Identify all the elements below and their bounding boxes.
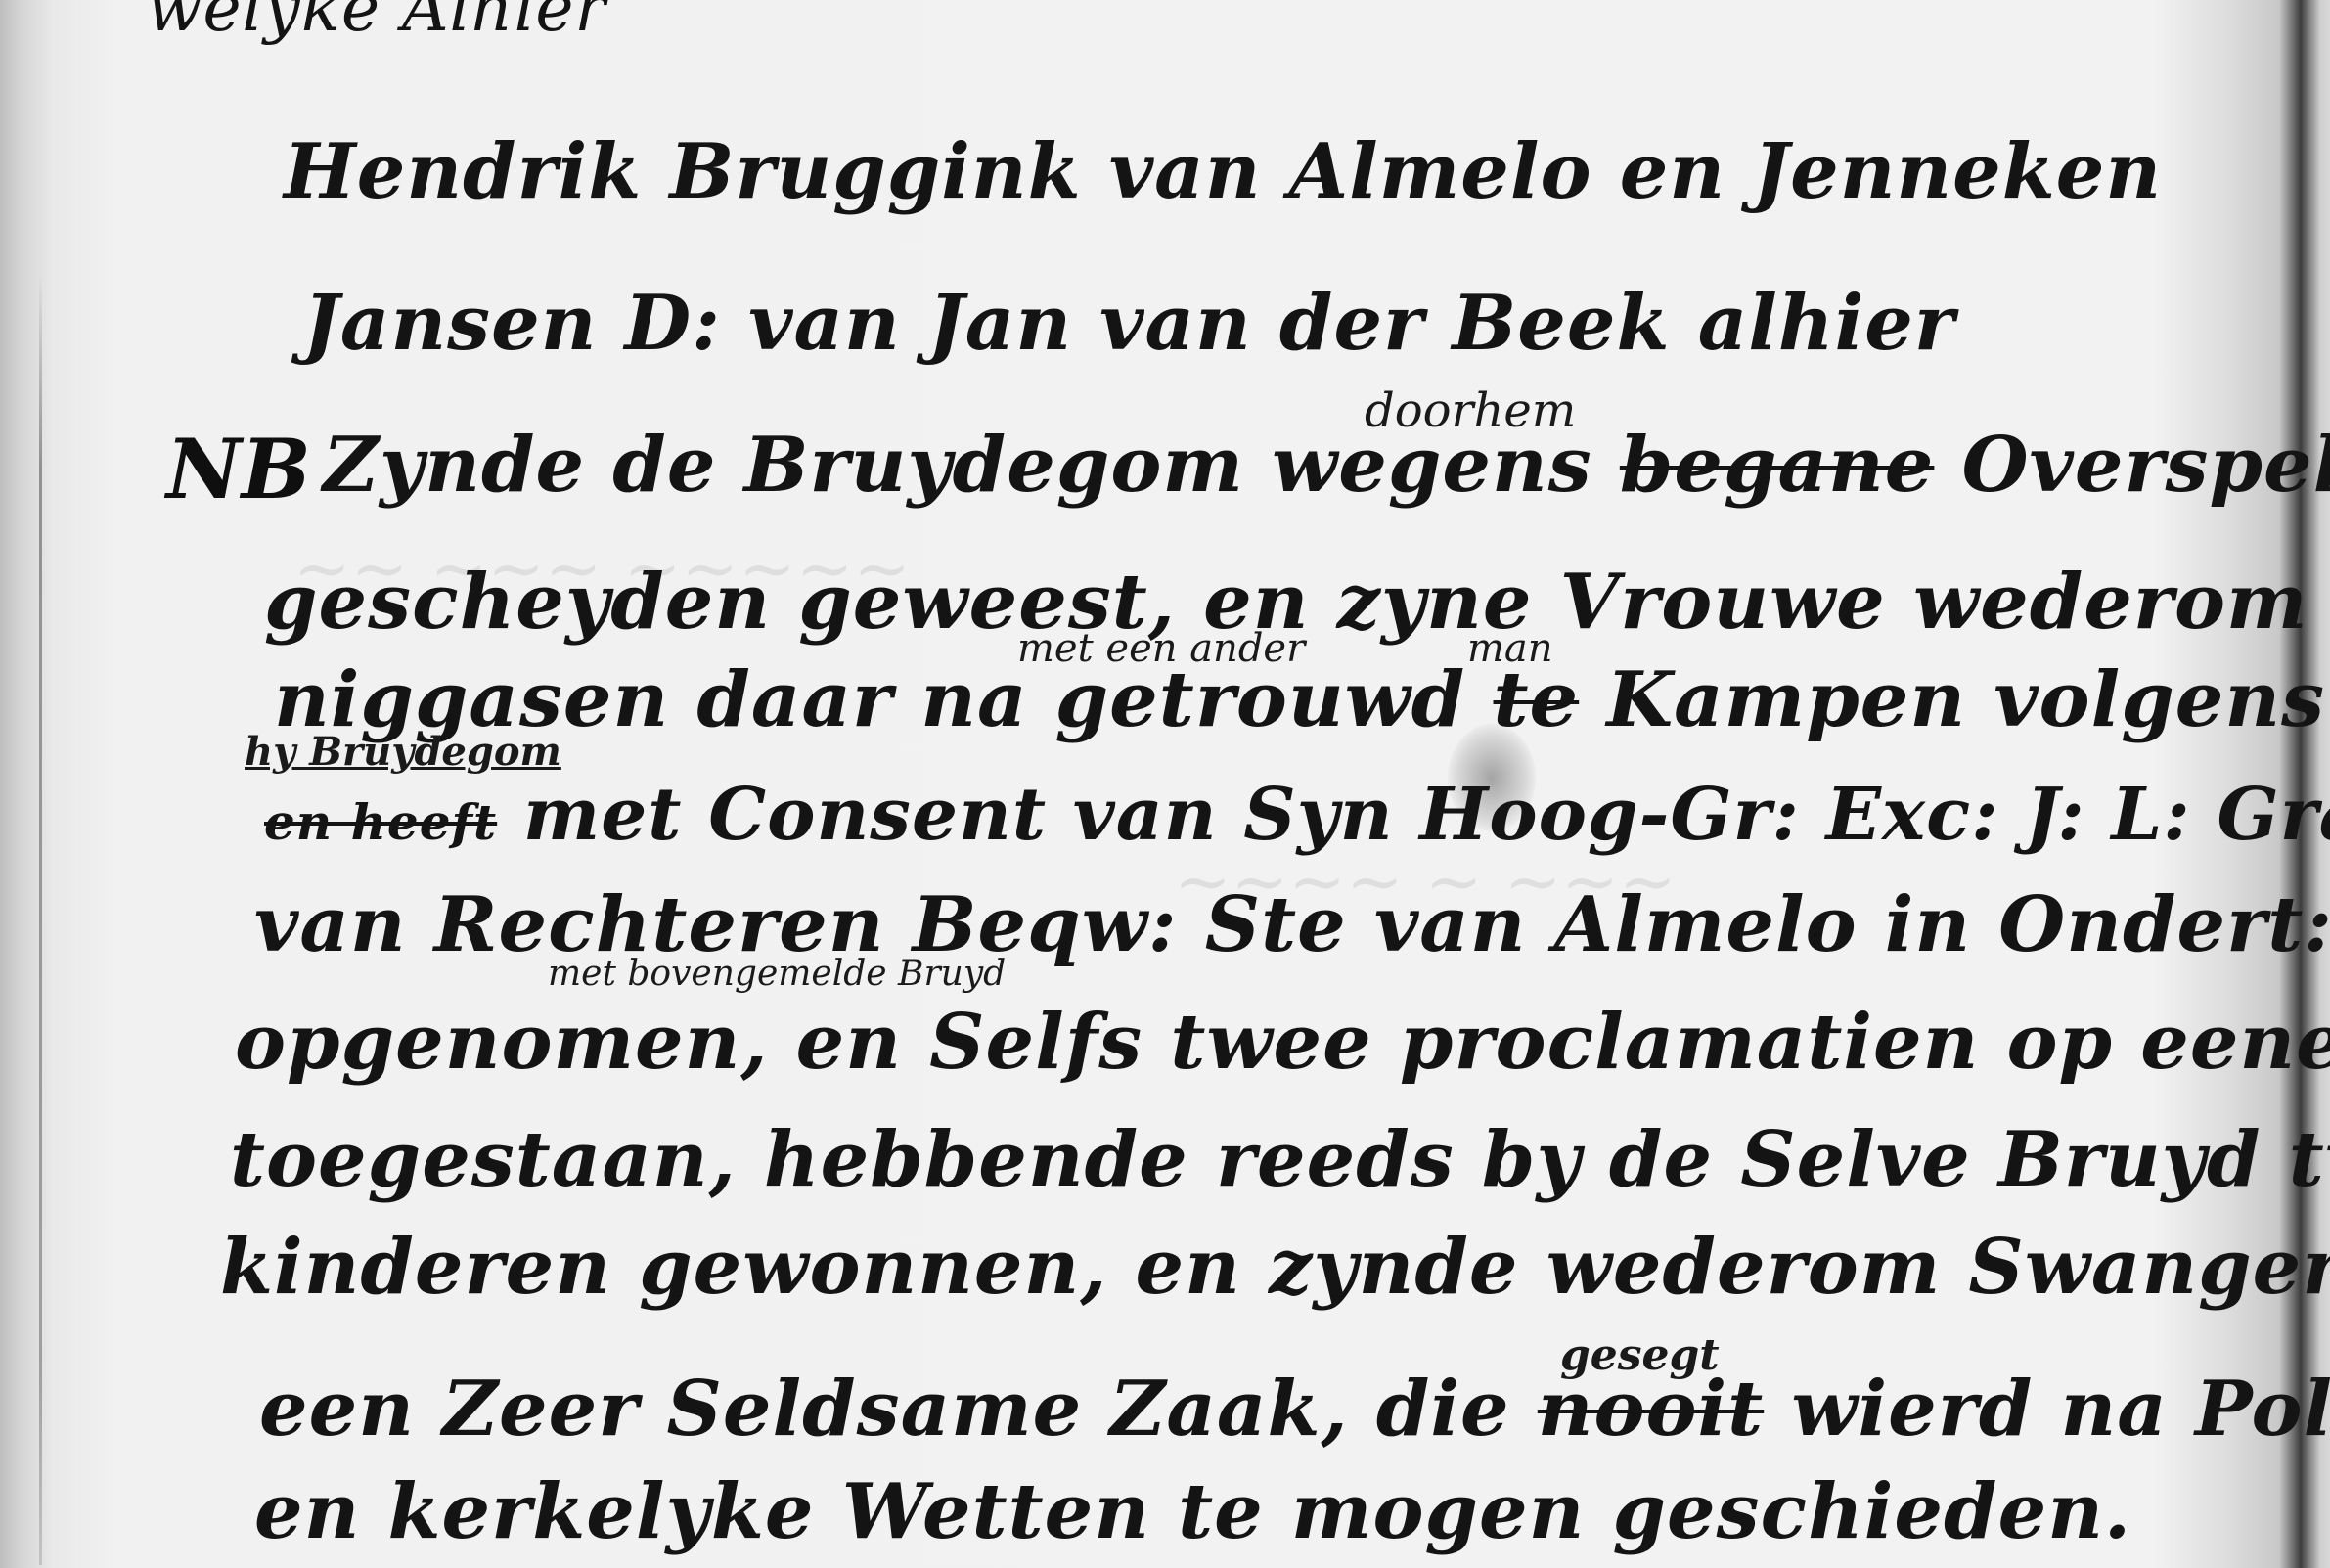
previous-entry-fragment: welyke Alhier bbox=[147, 0, 606, 46]
register-page: ~~ ~~~ ~~~~~ ~~~~ ~ ~~~ welyke Alhier He… bbox=[0, 0, 2330, 1568]
entry-line-1: Hendrik Bruggink van Almelo en Jenneken bbox=[284, 127, 2162, 216]
struck-word: nooit bbox=[1538, 1365, 1764, 1454]
struck-word: begane bbox=[1620, 421, 1935, 510]
entry-line-11: een Zeer Seldsame Zaak, die nooit wierd … bbox=[259, 1365, 2330, 1454]
line-text: een Zeer Seldsame Zaak, die bbox=[259, 1365, 1510, 1454]
entry-line-6: en heeft met Consent van Syn Hoog-Gr: Ex… bbox=[264, 773, 2330, 857]
entry-line-5: niggasen daar na getrouwd te Kampen volg… bbox=[274, 655, 2330, 744]
entry-line-10: kinderen gewonnen, en zynde wederom Swan… bbox=[220, 1223, 2330, 1312]
line-text: Zynde de Bruydegom wegens bbox=[323, 421, 1592, 510]
entry-line-9: toegestaan, hebbende reeds by de Selve B… bbox=[230, 1115, 2330, 1204]
entry-line-3: Zynde de Bruydegom wegens begane Overspe… bbox=[323, 421, 2330, 510]
line-text: Kampen volgens Att: bbox=[1606, 655, 2330, 744]
line-text: wierd na Polit: bbox=[1791, 1365, 2330, 1454]
line-text: met Consent van Syn Hoog-Gr: Exc: J: L: … bbox=[523, 773, 2330, 857]
interlinear-insertion: met bovengemelde Bruyd bbox=[548, 954, 1006, 994]
interlinear-insertion: hy Bruydegom bbox=[245, 729, 561, 775]
line-text: Overspel bbox=[1962, 421, 2330, 510]
entry-line-8: opgenomen, en Selfs twee proclamatien op… bbox=[235, 998, 2330, 1087]
struck-word: te bbox=[1494, 655, 1580, 744]
entry-line-2: Jansen D: van Jan van der Beek alhier bbox=[303, 279, 1955, 368]
entry-line-12: en kerkelyke Wetten te mogen geschieden. bbox=[254, 1467, 2131, 1556]
nota-bene-marker: NB bbox=[166, 421, 311, 517]
struck-word: en heeft bbox=[264, 793, 497, 851]
